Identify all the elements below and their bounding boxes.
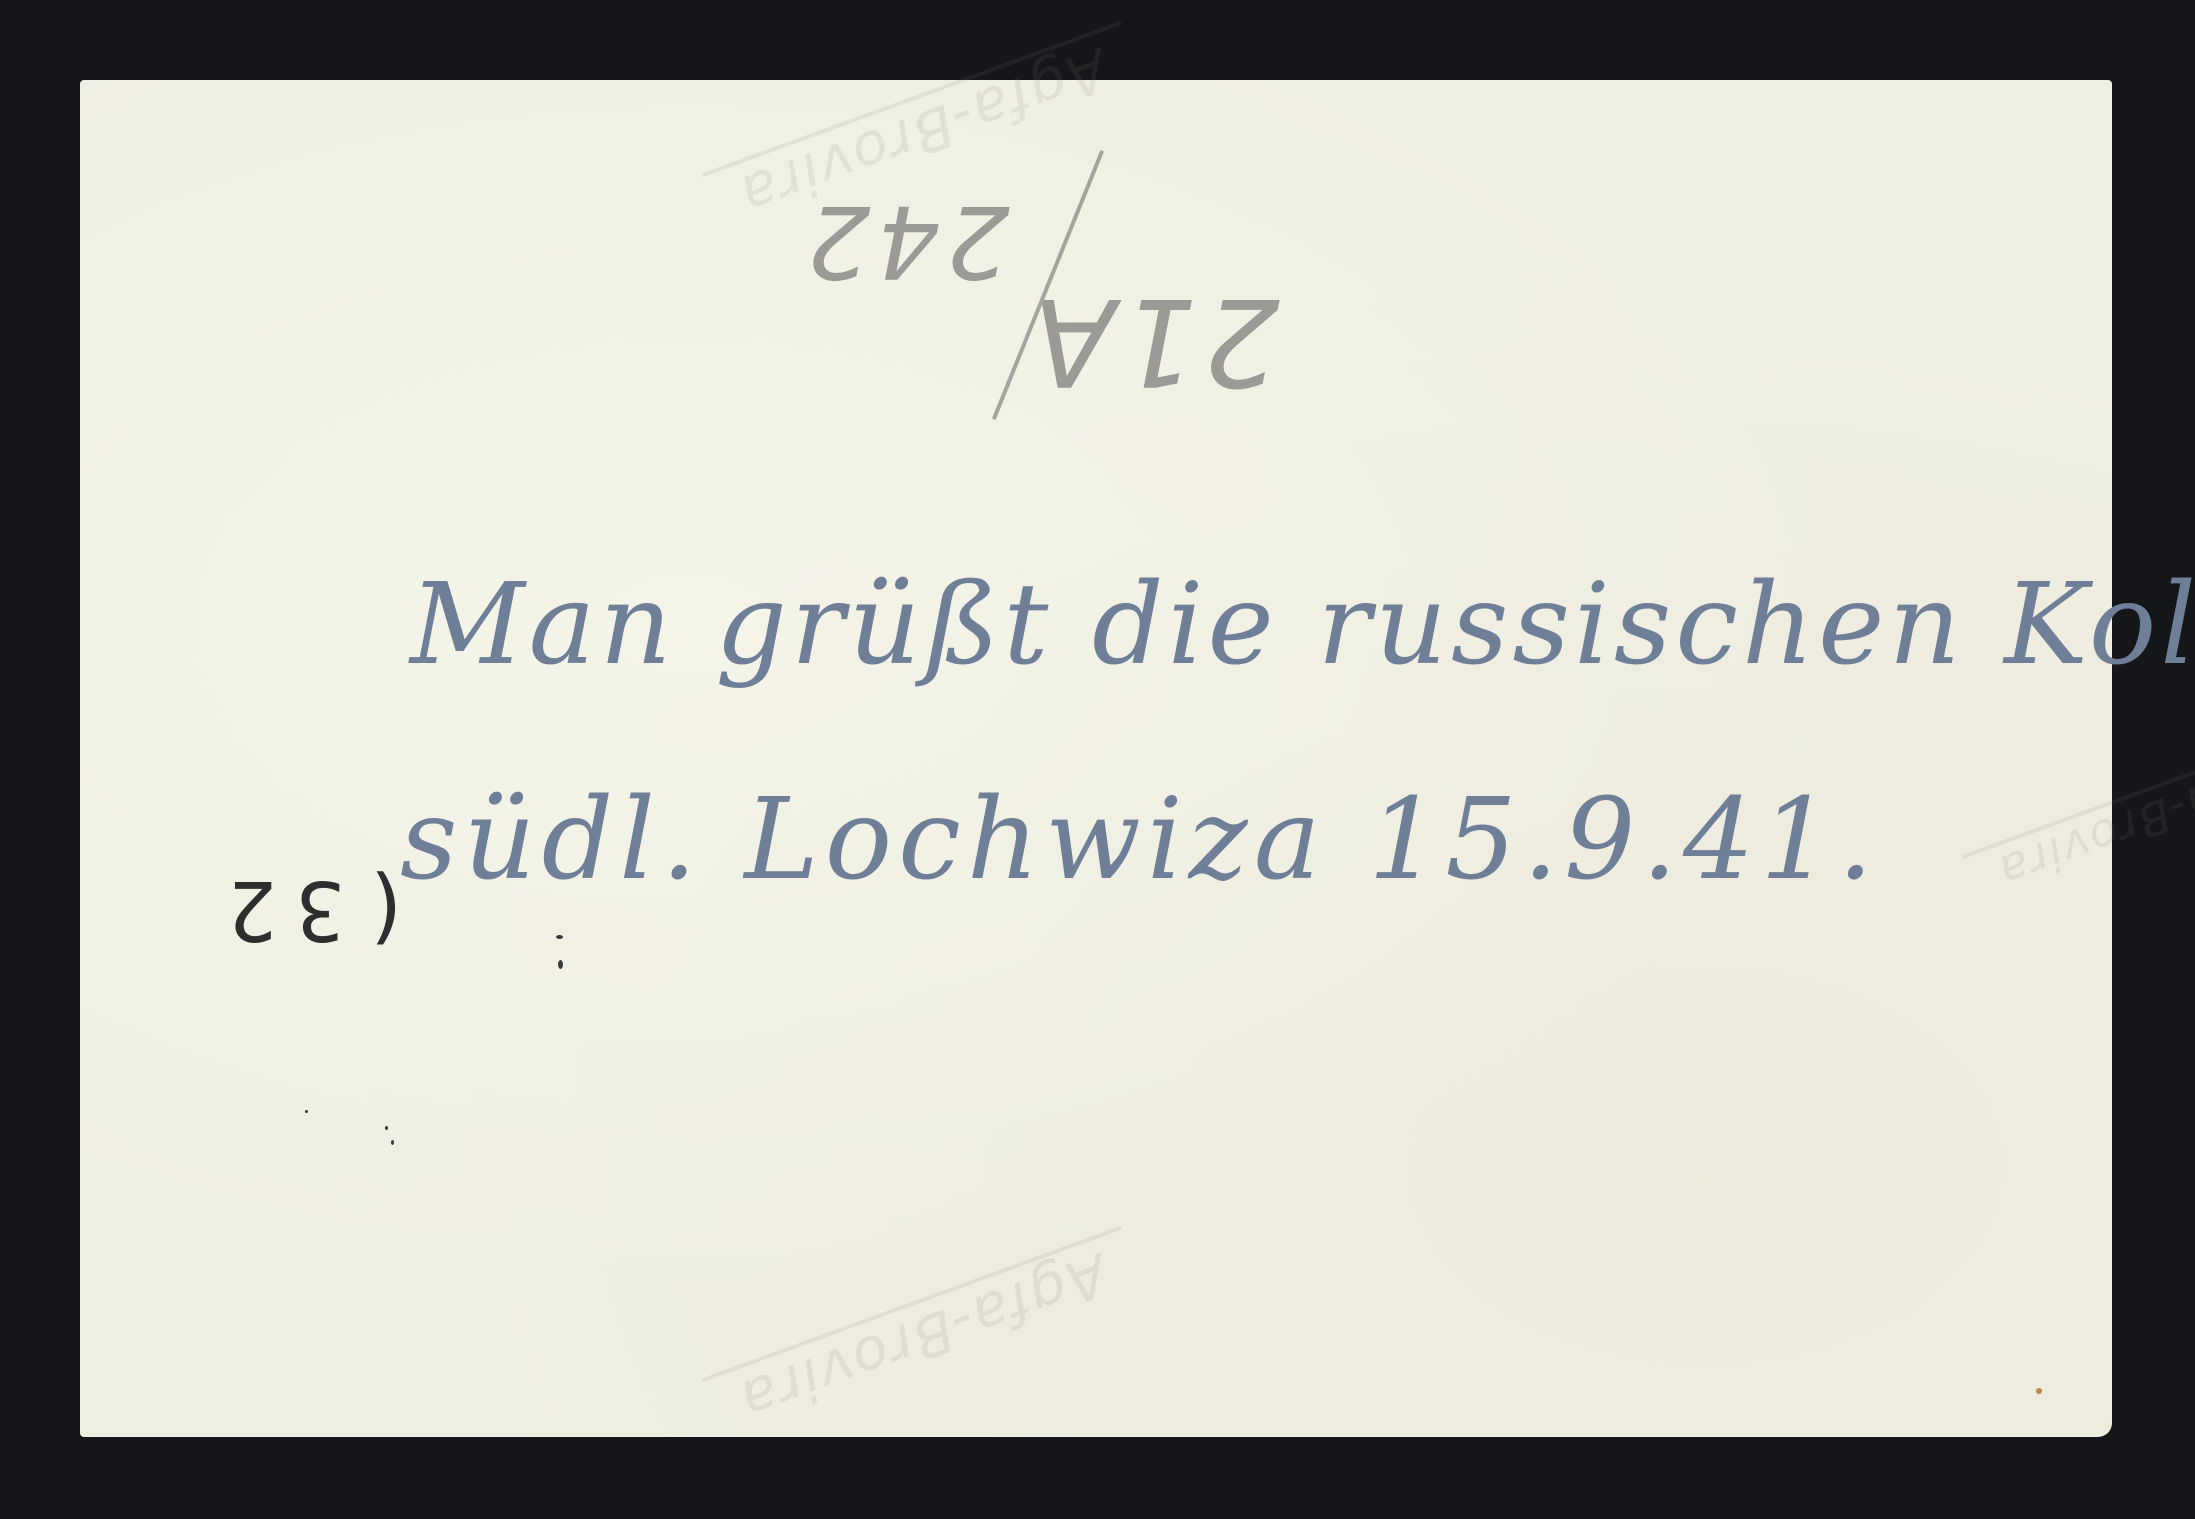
ink-speck [385, 1126, 388, 1130]
pencil-number-numerator: 242 [801, 183, 1010, 300]
handwritten-caption-line-1: Man grüßt die russischen Kolonnen [410, 560, 2195, 690]
ink-speck [391, 1140, 394, 1145]
pencil-archive-number: 21A 242 [760, 150, 1320, 430]
handwritten-caption-line-2: südl. Lochwiza 15.9.41. [400, 775, 1879, 905]
ink-speck [558, 960, 563, 969]
stamp-number: (32 [210, 862, 412, 957]
ink-speck [556, 935, 563, 939]
pencil-number-denominator: 21A [1027, 271, 1280, 410]
ink-speck [305, 1110, 308, 1113]
rust-speck [2036, 1388, 2042, 1394]
